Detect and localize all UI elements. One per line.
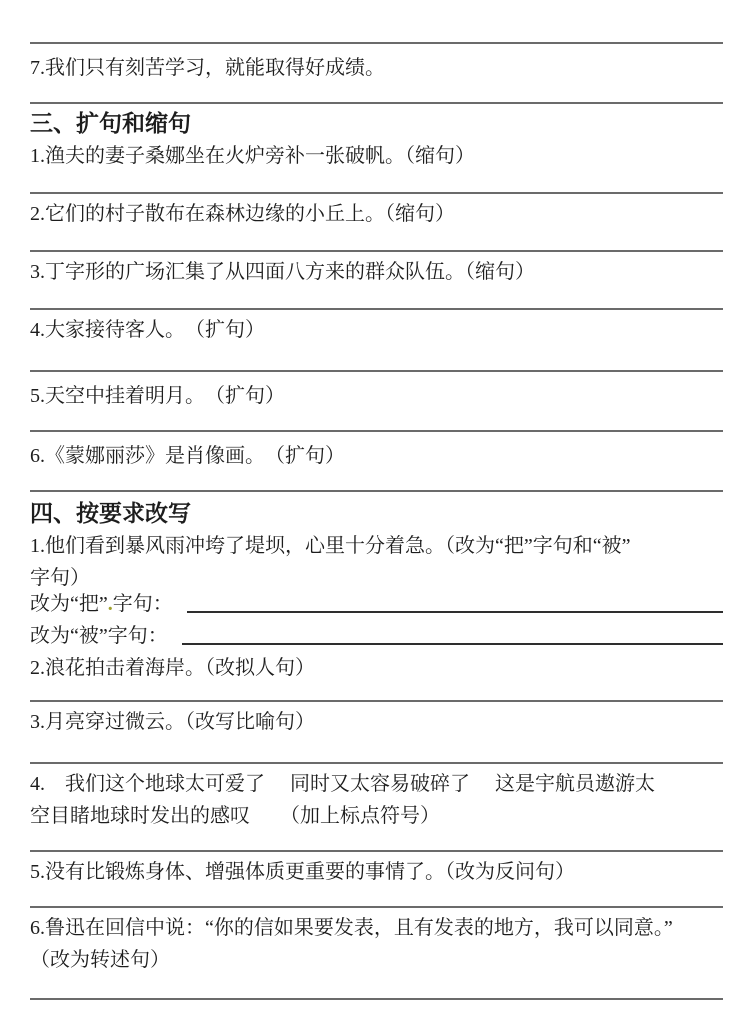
- answer-line: [30, 762, 723, 764]
- bei-label: 改为“被”字句：: [30, 620, 168, 652]
- answer-line: [30, 998, 723, 1000]
- answer-line: [30, 102, 723, 104]
- answer-line: [30, 250, 723, 252]
- section-four-heading: 四、按要求改写: [30, 498, 723, 530]
- fill-in-blank-line: [187, 588, 723, 613]
- question-text: 3.丁字形的广场汇集了从四面八方来的群众队伍。（缩句）: [30, 256, 723, 288]
- question-text: 5.没有比锻炼身体、增强体质更重要的事情了。（改为反问句）: [30, 856, 723, 888]
- question-7: 7.我们只有刻苦学习，就能取得好成绩。: [30, 52, 723, 84]
- question-text: 6.鲁迅在回信中说：“你的信如果要发表，且有发表的地方，我可以同意。” （改为转…: [30, 912, 723, 976]
- answer-line: [30, 308, 723, 310]
- answer-line: [30, 906, 723, 908]
- fill-in-blank-line: [182, 620, 723, 645]
- ba-label-prefix: 改为“把”: [30, 588, 108, 620]
- question-text: 4.大家接待客人。 （扩句）: [30, 314, 723, 346]
- section-three-heading: 三、扩句和缩句: [30, 108, 723, 140]
- answer-line: [30, 192, 723, 194]
- answer-line: [30, 850, 723, 852]
- question-text: 2.它们的村子散布在森林边缘的小丘上。（缩句）: [30, 198, 723, 230]
- ba-label-suffix: 字句：: [113, 588, 173, 620]
- ba-sentence-row: 改为“把”.字句：: [30, 588, 723, 620]
- answer-line: [30, 490, 723, 492]
- question-text: 1.渔夫的妻子桑娜坐在火炉旁补一张破帆。（缩句）: [30, 140, 723, 172]
- question-text: 1.他们看到暴风雨冲垮了堤坝，心里十分着急。（改为“把”字句和“被” 字句）: [30, 530, 723, 594]
- question-text: 6.《蒙娜丽莎》是肖像画。 （扩句）: [30, 440, 723, 472]
- answer-line: [30, 370, 723, 372]
- worksheet-page: 7.我们只有刻苦学习，就能取得好成绩。 三、扩句和缩句 1.渔夫的妻子桑娜坐在火…: [0, 0, 748, 1024]
- question-text: 5.天空中挂着明月。 （扩句）: [30, 380, 723, 412]
- bei-sentence-row: 改为“被”字句：: [30, 620, 723, 652]
- answer-line: [30, 42, 723, 44]
- question-text: 3.月亮穿过微云。（改写比喻句）: [30, 706, 723, 738]
- answer-line: [30, 430, 723, 432]
- answer-line: [30, 700, 723, 702]
- question-text: 4. 我们这个地球太可爱了 同时又太容易破碎了 这是宇航员遨游太 空目睹地球时发…: [30, 768, 723, 832]
- question-text: 2.浪花拍击着海岸。（改拟人句）: [30, 652, 723, 684]
